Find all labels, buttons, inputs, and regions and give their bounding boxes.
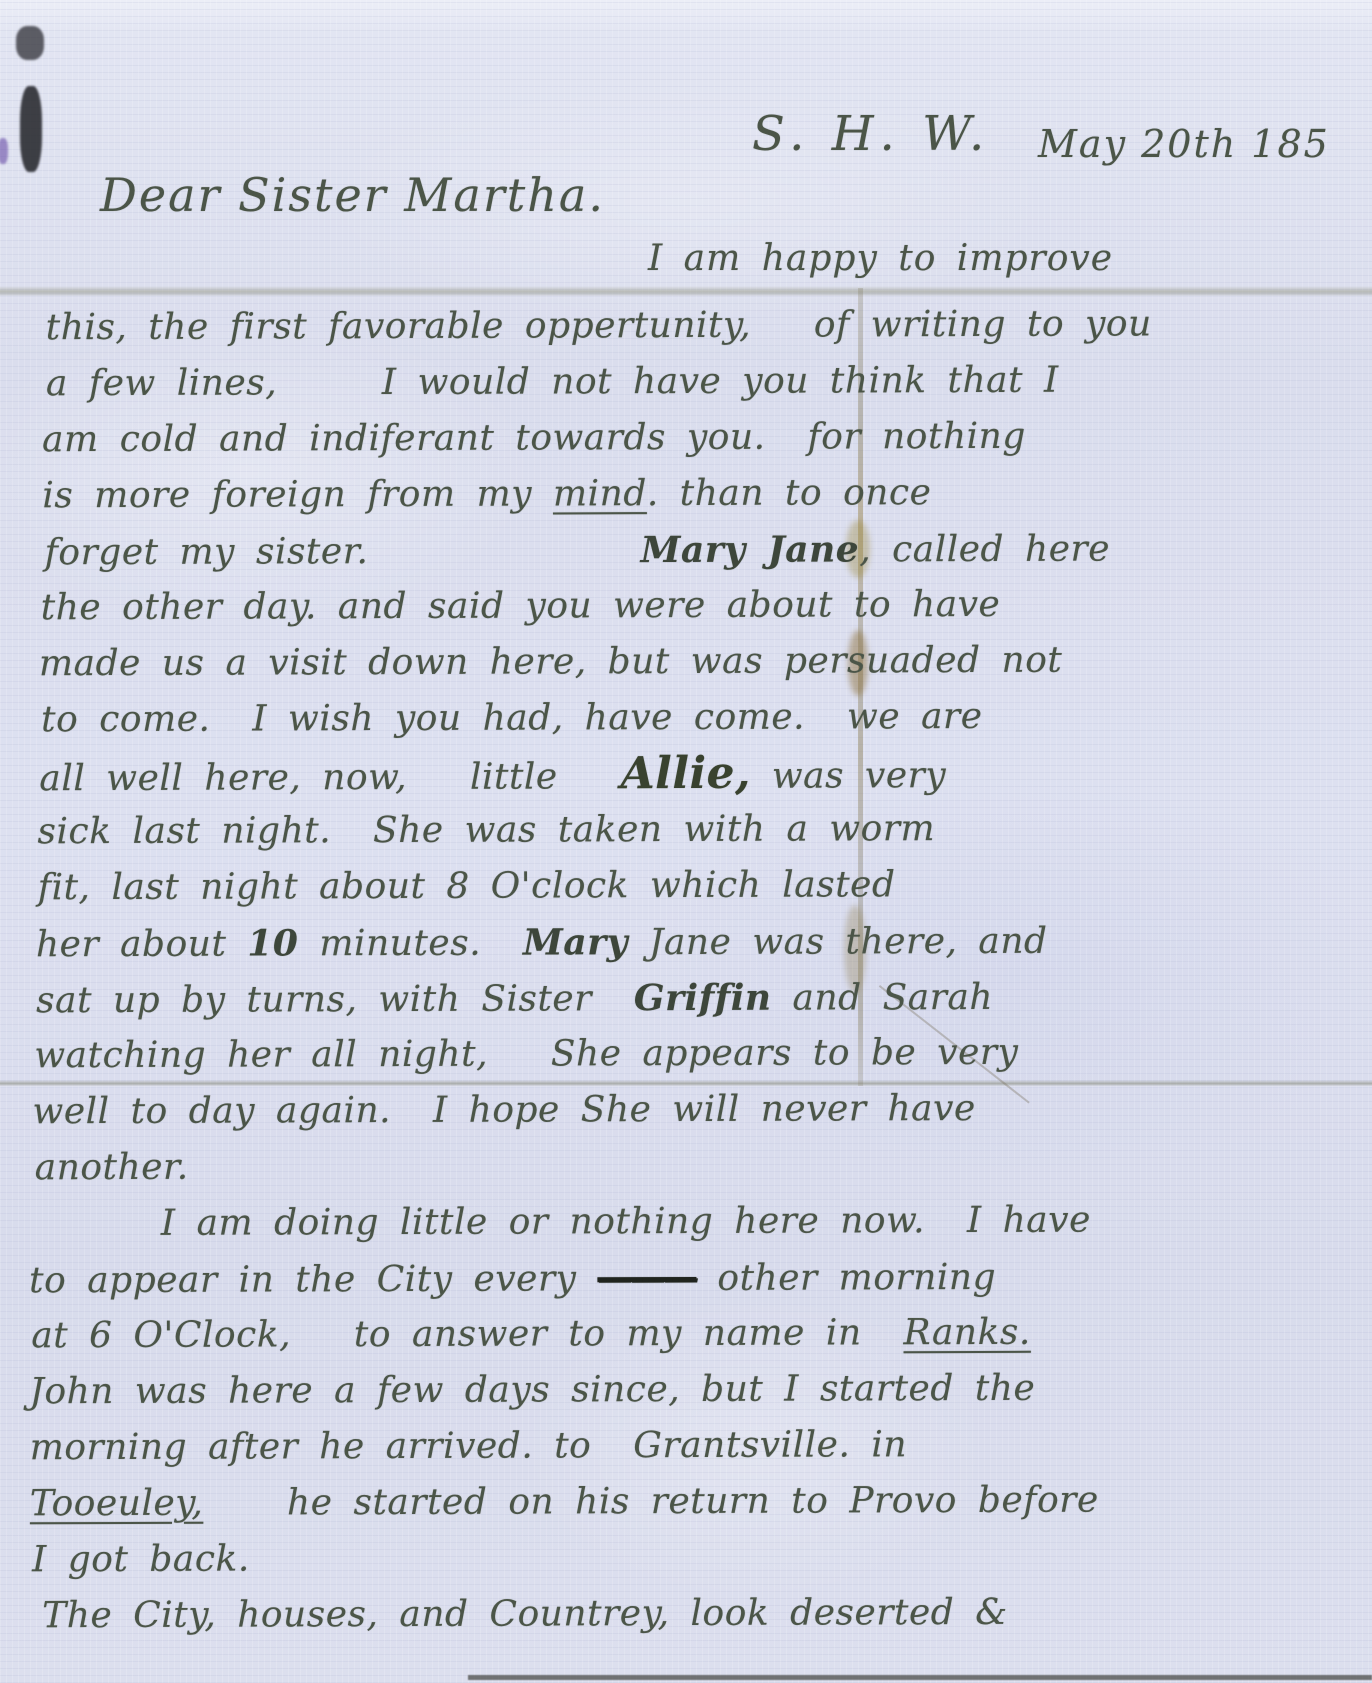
letter-line: forget my sister. Mary Jane, called here bbox=[44, 520, 1370, 581]
letter-line-segment: well to day again. I hope She will never… bbox=[32, 1088, 975, 1132]
letter-line: fit, last night about 8 O'clock which la… bbox=[38, 856, 1372, 917]
letter-line-segment: watching her all night, She appears to b… bbox=[34, 1032, 1018, 1076]
letter-line: made us a visit down here, but was persu… bbox=[39, 632, 1371, 693]
letter-line-segment: this, the first favorable oppertunity, o… bbox=[46, 303, 1152, 348]
letter-line-segment: a few lines, I would not have you think … bbox=[46, 360, 1059, 405]
letter-line-segment: . than to once bbox=[647, 472, 932, 514]
letter-line-segment: other morning bbox=[696, 1257, 996, 1299]
letter-line-segment: mind bbox=[553, 473, 647, 514]
letter-line-segment: forget my sister. bbox=[44, 530, 640, 573]
letter-line: am cold and indiferant towards you. for … bbox=[42, 408, 1370, 469]
letter-line-segment: another. bbox=[35, 1147, 189, 1189]
letter-line-segment: he started on his return to Provo before bbox=[203, 1480, 1099, 1524]
letter-line: this, the first favorable oppertunity, o… bbox=[46, 296, 1370, 357]
letter-page: S. H. W. May 20th 185 Dear Sister Martha… bbox=[0, 0, 1372, 1683]
letter-line-segment: sick last night. She was taken with a wo… bbox=[37, 808, 935, 852]
letter-line-segment: The City, houses, and Countrey, look des… bbox=[42, 1592, 1008, 1636]
letter-line-segment: fit, last night about 8 O'clock which la… bbox=[38, 864, 896, 908]
letter-line-segment: I am doing little or nothing here now. I… bbox=[161, 1200, 1091, 1244]
corner-smudge bbox=[16, 26, 44, 60]
letter-line: John was here a few days since, but I st… bbox=[29, 1360, 1372, 1421]
letter-line-segment: was very bbox=[751, 755, 946, 797]
letter-line: sick last night. She was taken with a wo… bbox=[37, 800, 1371, 861]
letter-line-segment: Mary Jane bbox=[641, 528, 860, 571]
letter-line: I got back. bbox=[32, 1528, 1372, 1589]
letter-line-segment: Jane was there, and bbox=[628, 921, 1048, 963]
letter-line-segment: I got back. bbox=[32, 1539, 250, 1581]
letter-line: watching her all night, She appears to b… bbox=[34, 1024, 1372, 1085]
letter-line: I am doing little or nothing here now. I… bbox=[161, 1192, 1372, 1252]
letter-line: her about 10 minutes. Mary Jane was ther… bbox=[36, 912, 1372, 973]
letter-line-segment: all well here, now, little bbox=[39, 756, 620, 799]
letter-line-segment: am cold and indiferant towards you. for … bbox=[42, 416, 1026, 460]
letter-line: well to day again. I hope She will never… bbox=[32, 1080, 1372, 1141]
letter-opening-line: I am happy to improve bbox=[648, 238, 1113, 279]
letter-line-segment: ——— bbox=[597, 1257, 696, 1299]
letter-line-segment: John was here a few days since, but I st… bbox=[29, 1368, 1035, 1413]
letter-line: another. bbox=[35, 1136, 1372, 1197]
letter-line-segment: is more foreign from my bbox=[42, 473, 553, 516]
letter-line: The City, houses, and Countrey, look des… bbox=[42, 1584, 1372, 1645]
letter-line-segment: Tooeuley, bbox=[30, 1483, 204, 1525]
edge-smudge bbox=[20, 86, 42, 172]
letter-line: morning after he arrived. to Grantsville… bbox=[30, 1416, 1372, 1477]
letter-body: this, the first favorable oppertunity, o… bbox=[0, 296, 1372, 1645]
letter-line-segment: Mary bbox=[523, 921, 628, 963]
letter-line-segment: to appear in the City every bbox=[29, 1258, 597, 1301]
letter-line-segment: her about bbox=[36, 924, 248, 966]
letter-line-segment: , called here bbox=[859, 529, 1110, 571]
letter-line: at 6 O'Clock, to answer to my name in Ra… bbox=[31, 1304, 1372, 1365]
letter-line-segment: Allie, bbox=[620, 748, 751, 799]
letter-line-segment: made us a visit down here, but was persu… bbox=[39, 640, 1063, 685]
letter-line: all well here, now, little Allie, was ve… bbox=[39, 744, 1371, 805]
ink-smudge bbox=[0, 138, 8, 164]
letter-salutation: Dear Sister Martha. bbox=[100, 168, 605, 222]
letter-line-segment: Griffin bbox=[634, 977, 772, 1019]
letter-line: a few lines, I would not have you think … bbox=[46, 352, 1370, 413]
bottom-edge-shadow bbox=[468, 1675, 1372, 1680]
letter-line: to appear in the City every ——— other mo… bbox=[29, 1248, 1372, 1309]
letter-line-segment: the other day. and said you were about t… bbox=[41, 584, 1001, 628]
letter-line-segment: and Sarah bbox=[771, 977, 993, 1019]
letter-line-segment: at 6 O'Clock, to answer to my name in bbox=[31, 1312, 903, 1356]
letter-line-segment: minutes. bbox=[298, 923, 523, 965]
letter-line: the other day. and said you were about t… bbox=[41, 576, 1371, 637]
letter-date: May 20th 185 bbox=[1038, 122, 1330, 166]
letter-monogram: S. H. W. bbox=[752, 106, 990, 162]
letter-line-segment: morning after he arrived. to Grantsville… bbox=[30, 1424, 907, 1468]
letter-line: to come. I wish you had, have come. we a… bbox=[41, 688, 1371, 749]
letter-line: is more foreign from my mind. than to on… bbox=[42, 464, 1370, 525]
letter-line: sat up by turns, with Sister Griffin and… bbox=[36, 968, 1372, 1029]
letter-line-segment: Ranks. bbox=[903, 1312, 1030, 1353]
letter-line-segment: sat up by turns, with Sister bbox=[36, 978, 634, 1021]
letter-line: Tooeuley, he started on his return to Pr… bbox=[30, 1472, 1372, 1533]
letter-line-segment: to come. I wish you had, have come. we a… bbox=[41, 696, 983, 740]
letter-line-segment: 10 bbox=[247, 922, 298, 964]
